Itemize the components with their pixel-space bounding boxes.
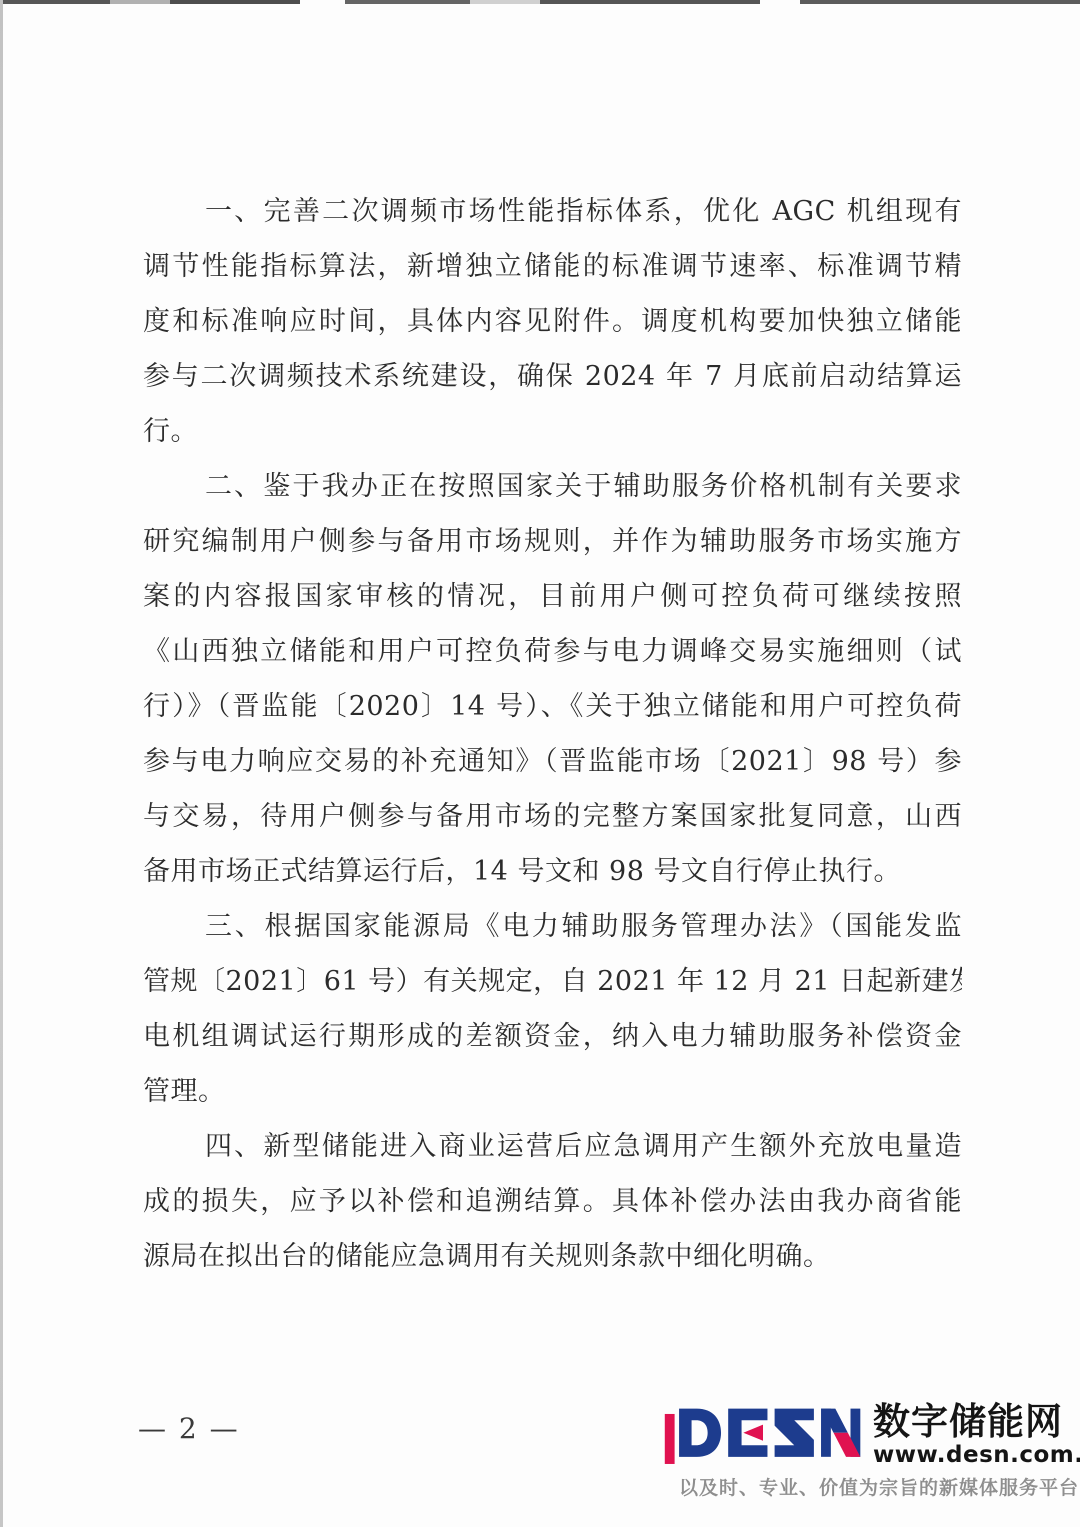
paragraph: 三、根据国家能源局《电力辅助服务管理办法》（国能发监管规〔2021〕61 号）有… — [143, 899, 962, 1119]
text-line: 管规〔2021〕61 号）有关规定，自 2021 年 12 月 21 日起新建发 — [143, 954, 962, 1009]
logo-tagline: 以及时、专业、价值为宗旨的新媒体服务平台 — [679, 1473, 1068, 1500]
page-number: — 2 — — [138, 1412, 240, 1445]
desn-logo-row: 数字储能网 www.desn.com.cn — [663, 1402, 1068, 1468]
text-line: 一、完善二次调频市场性能指标体系，优化 AGC 机组现有 — [143, 184, 962, 239]
text-line: 二、鉴于我办正在按照国家关于辅助服务价格机制有关要求 — [143, 459, 962, 514]
desn-wordmark-icon — [663, 1405, 863, 1464]
text-line: 调节性能指标算法，新增独立储能的标准调节速率、标准调节精 — [143, 239, 962, 294]
text-line: 度和标准响应时间，具体内容见附件。调度机构要加快独立储能 — [143, 294, 962, 349]
text-line: 研究编制用户侧参与备用市场规则，并作为辅助服务市场实施方 — [143, 514, 962, 569]
logo-site-name: 数字储能网 — [873, 1402, 1063, 1443]
text-line: 参与电力响应交易的补充通知》（晋监能市场〔2021〕98 号）参 — [143, 734, 962, 789]
document-page: 一、完善二次调频市场性能指标体系，优化 AGC 机组现有调节性能指标算法，新增独… — [0, 0, 1080, 1527]
paragraph: 四、新型储能进入商业运营后应急调用产生额外充放电量造成的损失，应予以补偿和追溯结… — [143, 1119, 962, 1284]
text-line: 参与二次调频技术系统建设，确保 2024 年 7 月底前启动结算运 — [143, 349, 962, 404]
text-line: 与交易，待用户侧参与备用市场的完整方案国家批复同意，山西 — [143, 789, 962, 844]
text-line: 源局在拟出台的储能应急调用有关规则条款中细化明确。 — [143, 1229, 962, 1284]
text-line: 案的内容报国家审核的情况，目前用户侧可控负荷可继续按照 — [143, 569, 962, 624]
paragraph: 二、鉴于我办正在按照国家关于辅助服务价格机制有关要求研究编制用户侧参与备用市场规… — [143, 459, 962, 899]
scan-edge-artifact-top — [0, 0, 1080, 4]
scan-edge-artifact-left — [0, 0, 3, 1527]
text-line: 《山西独立储能和用户可控负荷参与电力调峰交易实施细则（试 — [143, 624, 962, 679]
text-line: 备用市场正式结算运行后，14 号文和 98 号文自行停止执行。 — [143, 844, 962, 899]
desn-logo-text: 数字储能网 www.desn.com.cn — [873, 1402, 1080, 1468]
text-line: 管理。 — [143, 1064, 962, 1119]
text-line: 四、新型储能进入商业运营后应急调用产生额外充放电量造 — [143, 1119, 962, 1174]
text-line: 成的损失，应予以补偿和追溯结算。具体补偿办法由我办商省能 — [143, 1174, 962, 1229]
text-line: 三、根据国家能源局《电力辅助服务管理办法》（国能发监 — [143, 899, 962, 954]
text-line: 行）》（晋监能〔2020〕14 号）、《关于独立储能和用户可控负荷 — [143, 679, 962, 734]
document-body: 一、完善二次调频市场性能指标体系，优化 AGC 机组现有调节性能指标算法，新增独… — [143, 184, 962, 1284]
text-line: 电机组调试运行期形成的差额资金，纳入电力辅助服务补偿资金 — [143, 1009, 962, 1064]
logo-url: www.desn.com.cn — [873, 1443, 1080, 1468]
text-line: 行。 — [143, 404, 962, 459]
desn-logo: 数字储能网 www.desn.com.cn 以及时、专业、价值为宗旨的新媒体服务… — [663, 1402, 1068, 1500]
paragraph: 一、完善二次调频市场性能指标体系，优化 AGC 机组现有调节性能指标算法，新增独… — [143, 184, 962, 459]
